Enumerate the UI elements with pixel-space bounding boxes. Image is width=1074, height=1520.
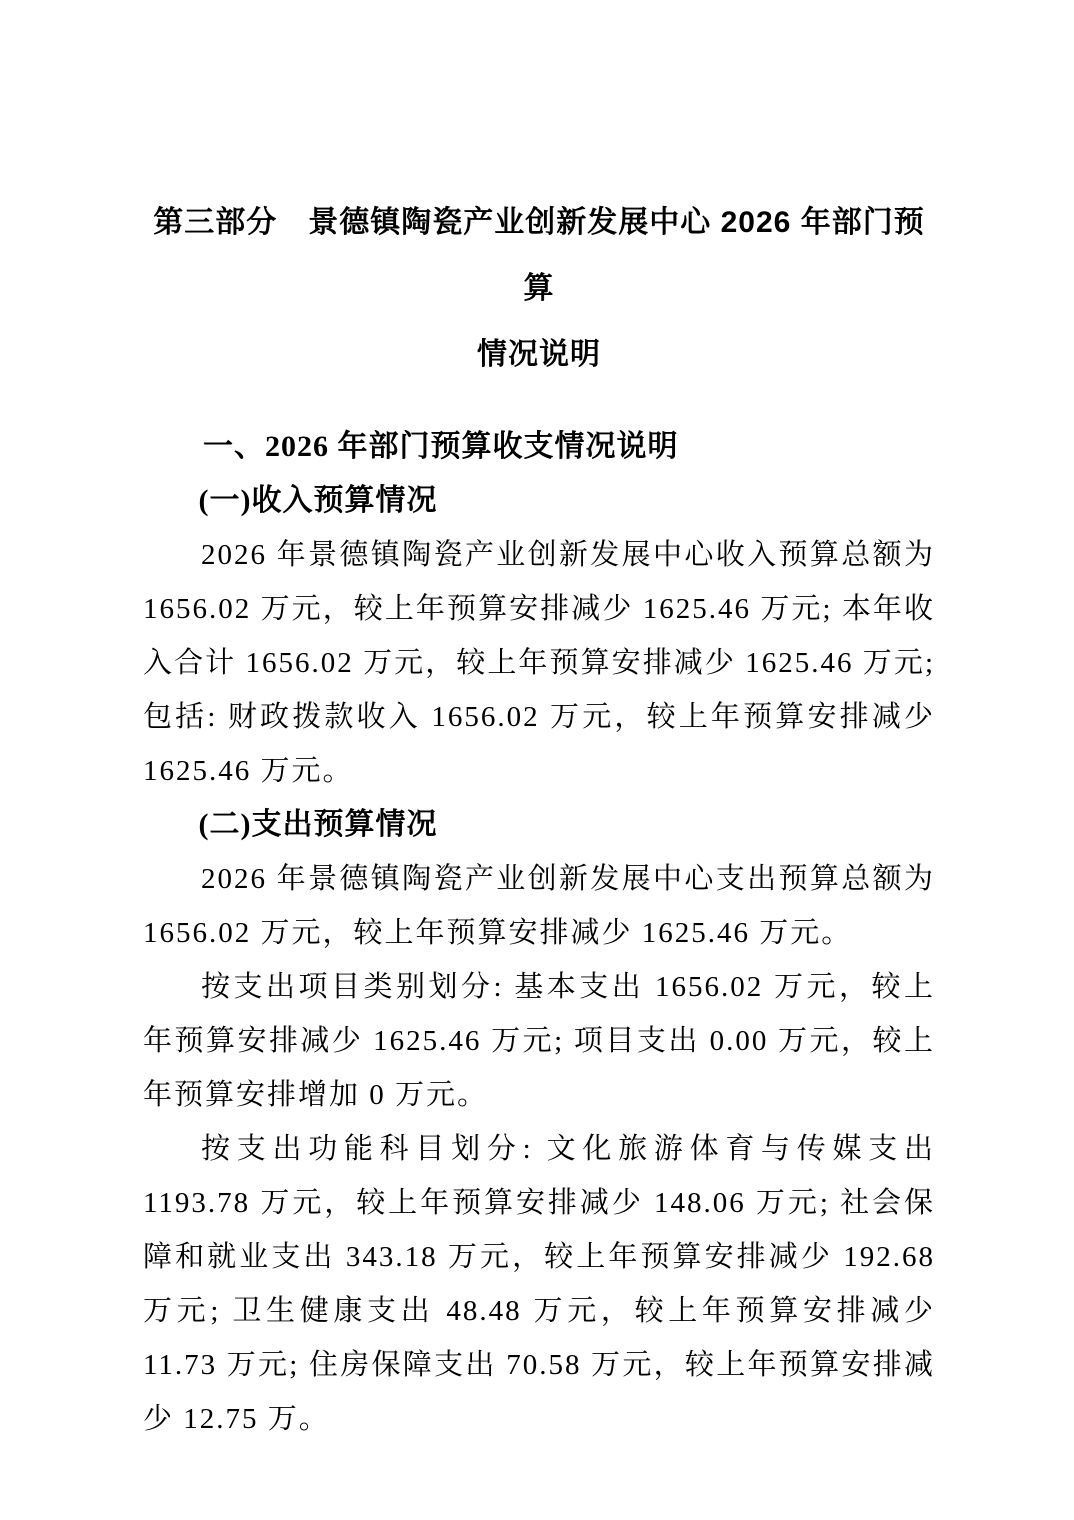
section-heading-budget-overview: 一、2026 年部门预算收支情况说明 <box>143 420 935 474</box>
paragraph-income-budget: 2026 年景德镇陶瓷产业创新发展中心收入预算总额为 1656.02 万元，较上… <box>143 528 935 798</box>
subsection-heading-income-budget: (一)收入预算情况 <box>143 474 935 528</box>
paragraph-expenditure-by-function: 按支出功能科目划分: 文化旅游体育与传媒支出 1193.78 万元，较上年预算安… <box>143 1122 935 1446</box>
document-title-line-1: 第三部分 景德镇陶瓷产业创新发展中心 2026 年部门预算 <box>143 190 935 322</box>
subsection-heading-expenditure-budget: (二)支出预算情况 <box>143 798 935 852</box>
document-title: 第三部分 景德镇陶瓷产业创新发展中心 2026 年部门预算 情况说明 <box>143 190 935 388</box>
document-title-line-2: 情况说明 <box>143 322 935 388</box>
document-page: 第三部分 景德镇陶瓷产业创新发展中心 2026 年部门预算 情况说明 一、202… <box>0 0 1074 1520</box>
paragraph-expenditure-total: 2026 年景德镇陶瓷产业创新发展中心支出预算总额为 1656.02 万元，较上… <box>143 852 935 960</box>
paragraph-expenditure-by-category: 按支出项目类别划分: 基本支出 1656.02 万元，较上年预算安排减少 162… <box>143 960 935 1122</box>
